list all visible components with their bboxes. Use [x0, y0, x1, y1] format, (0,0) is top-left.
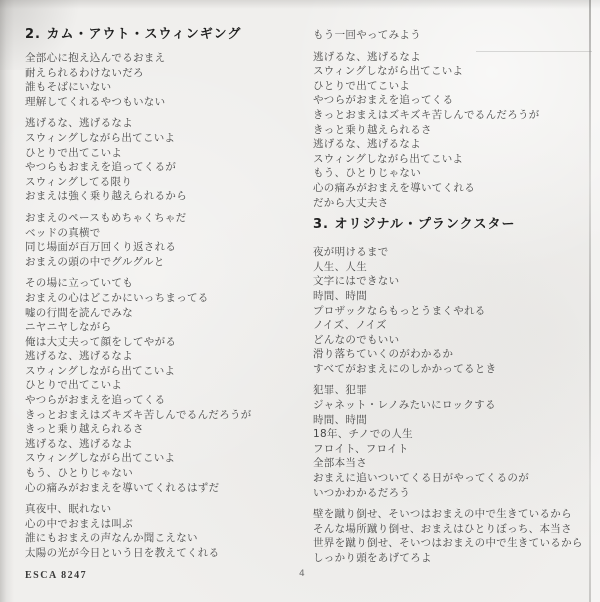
stanza: 犯罪、犯罪ジャネット・レノみたいにロックする時間、時間18年、チノでの人生フロイ…	[313, 383, 599, 500]
stanza-list-right-bottom: 夜が明けるまで人生、人生文字にはできない時間、時間プロザックならもっとうまくやれ…	[313, 245, 599, 565]
stanza: 全部心に抱え込んでるおまえ耐えられるわけないだろ誰もそばにいない理解してくれるや…	[25, 51, 311, 109]
lyric-line: 夜が明けるまで	[313, 245, 599, 260]
stanza-list-right-top: もう一回やってみよう逃げるな、逃げるなよスウィングしながら出てこいよひとりで出て…	[313, 28, 599, 210]
lyric-line: おまえの心はどこかにいっちまってる	[25, 291, 311, 306]
lyric-line: プロザックならもっとうまくやれる	[313, 304, 599, 319]
catalog-number: ESCA 8247	[25, 570, 87, 581]
stanza: 壁を蹴り倒せ、そいつはおまえの中で生きているからそんな場所蹴り倒せ、おまえはひと…	[313, 507, 599, 565]
lyric-line: だから大丈夫さ	[313, 196, 599, 211]
lyric-line: 逃げるな、逃げるなよ	[313, 50, 599, 65]
lyric-line: ニヤニヤしながら	[25, 320, 311, 335]
lyric-line: 耐えられるわけないだろ	[25, 66, 311, 81]
stanza-list-left: 全部心に抱え込んでるおまえ耐えられるわけないだろ誰もそばにいない理解してくれるや…	[25, 51, 311, 561]
lyric-line: スウィングしながら出てこいよ	[313, 64, 599, 79]
lyric-line: 心の痛みがおまえを導いてくれる	[313, 181, 599, 196]
lyric-line: やつらもおまえを追ってくるが	[25, 160, 311, 175]
lyric-line: 誰にもおまえの声なんか聞こえない	[25, 531, 311, 546]
song-title-track2: 2. カム・アウト・スウィンギング	[25, 27, 311, 43]
lyric-line: 嘘の行間を読んでみな	[25, 306, 311, 321]
lyric-line: ノイズ、ノイズ	[313, 318, 599, 333]
stanza: その場に立っていてもおまえの心はどこかにいっちまってる嘘の行間を読んでみなニヤニ…	[25, 276, 311, 495]
lyric-line: 逃げるな、逃げるなよ	[25, 437, 311, 452]
lyric-line: 滑り落ちていくのがわかるか	[313, 347, 599, 362]
stanza: 逃げるな、逃げるなよスウィングしながら出てこいよひとりで出てこいよやつらもおまえ…	[25, 116, 311, 204]
song-title-track3: 3. オリジナル・プランクスター	[313, 217, 599, 233]
lyric-line: 理解してくれるやつもいない	[25, 95, 311, 110]
scan-edge-left	[0, 0, 14, 602]
lyric-line: スウィングしながら出てこいよ	[25, 451, 311, 466]
lyric-line: 世界を蹴り倒せ、そいつはおまえの中で生きているから	[313, 536, 599, 551]
stanza: もう一回やってみよう	[313, 28, 599, 43]
lyric-line: もう一回やってみよう	[313, 28, 599, 43]
booklet-page: 2. カム・アウト・スウィンギング 全部心に抱え込んでるおまえ耐えられるわけない…	[0, 0, 600, 602]
lyric-line: ひとりで出てこいよ	[313, 79, 599, 94]
lyric-line: 逃げるな、逃げるなよ	[313, 137, 599, 152]
lyric-line: ベッドの真横で	[25, 226, 311, 241]
lyric-line: やつらがおまえを追ってくる	[313, 93, 599, 108]
lyric-line: ひとりで出てこいよ	[25, 146, 311, 161]
lyric-line: 誰もそばにいない	[25, 80, 311, 95]
lyric-line: しっかり頭をあげてろよ	[313, 551, 599, 566]
lyric-line: 文字にはできない	[313, 274, 599, 289]
lyric-line: いつかわかるだろう	[313, 486, 599, 501]
lyric-line: 太陽の光が今日という日を教えてくれる	[25, 546, 311, 561]
lyric-line: 俺は大丈夫って顔をしてやがる	[25, 335, 311, 350]
lyric-line: スウィングしてる限り	[25, 175, 311, 190]
lyric-line: ジャネット・レノみたいにロックする	[313, 398, 599, 413]
lyric-line: その場に立っていても	[25, 276, 311, 291]
lyrics-column-right: もう一回やってみよう逃げるな、逃げるなよスウィングしながら出てこいよひとりで出て…	[313, 28, 599, 573]
lyric-line: 人生、人生	[313, 260, 599, 275]
lyric-line: きっと乗り越えられるさ	[25, 422, 311, 437]
lyric-line: フロイト、フロイト	[313, 442, 599, 457]
lyric-line: 心の痛みがおまえを導いてくれるはずだ	[25, 481, 311, 496]
lyric-line: 心の中でおまえは叫ぶ	[25, 517, 311, 532]
lyric-line: もう、ひとりじゃない	[25, 466, 311, 481]
lyric-line: おまえの頭の中でグルグルと	[25, 255, 311, 270]
page-number: 4	[299, 569, 305, 579]
lyric-line: 壁を蹴り倒せ、そいつはおまえの中で生きているから	[313, 507, 599, 522]
stanza: 逃げるな、逃げるなよスウィングしながら出てこいよひとりで出てこいよやつらがおまえ…	[313, 50, 599, 211]
lyric-line: 同じ場面が百万回くり返される	[25, 240, 311, 255]
stanza: 夜が明けるまで人生、人生文字にはできない時間、時間プロザックならもっとうまくやれ…	[313, 245, 599, 376]
lyric-line: 真夜中、眠れない	[25, 502, 311, 517]
lyric-line: きっと乗り越えられるさ	[313, 123, 599, 138]
lyric-line: すべてがおまえにのしかかってるとき	[313, 362, 599, 377]
lyrics-column-left: 2. カム・アウト・スウィンギング 全部心に抱え込んでるおまえ耐えられるわけない…	[25, 27, 311, 568]
lyric-line: 逃げるな、逃げるなよ	[25, 349, 311, 364]
stanza: おまえのペースもめちゃくちゃだベッドの真横で同じ場面が百万回くり返されるおまえの…	[25, 211, 311, 269]
lyric-line: おまえに追いついてくる日がやってくるのが	[313, 471, 599, 486]
lyric-line: おまえは強く乗り越えられるから	[25, 189, 311, 204]
lyric-line: 逃げるな、逃げるなよ	[25, 116, 311, 131]
lyric-line: やつらがおまえを追ってくる	[25, 393, 311, 408]
lyric-line: 時間、時間	[313, 289, 599, 304]
lyric-line: 全部心に抱え込んでるおまえ	[25, 51, 311, 66]
lyric-line: どんなのでもいい	[313, 333, 599, 348]
lyric-line: 18年、チノでの人生	[313, 427, 599, 442]
lyric-line: スウィングしながら出てこいよ	[25, 131, 311, 146]
lyric-line: スウィングしながら出てこいよ	[25, 364, 311, 379]
lyric-line: 時間、時間	[313, 413, 599, 428]
scan-edge-top	[0, 0, 600, 9]
lyric-line: きっとおまえはズキズキ苦しんでるんだろうが	[313, 108, 599, 123]
lyric-line: ひとりで出てこいよ	[25, 378, 311, 393]
lyric-line: きっとおまえはズキズキ苦しんでるんだろうが	[25, 408, 311, 423]
lyric-line: スウィングしながら出てこいよ	[313, 152, 599, 167]
lyric-line: もう、ひとりじゃない	[313, 166, 599, 181]
lyric-line: おまえのペースもめちゃくちゃだ	[25, 211, 311, 226]
lyric-line: そんな場所蹴り倒せ、おまえはひとりぼっち、本当さ	[313, 522, 599, 537]
lyric-line: 犯罪、犯罪	[313, 383, 599, 398]
lyric-line: 全部本当さ	[313, 456, 599, 471]
stanza: 真夜中、眠れない心の中でおまえは叫ぶ誰にもおまえの声なんか聞こえない太陽の光が今…	[25, 502, 311, 560]
